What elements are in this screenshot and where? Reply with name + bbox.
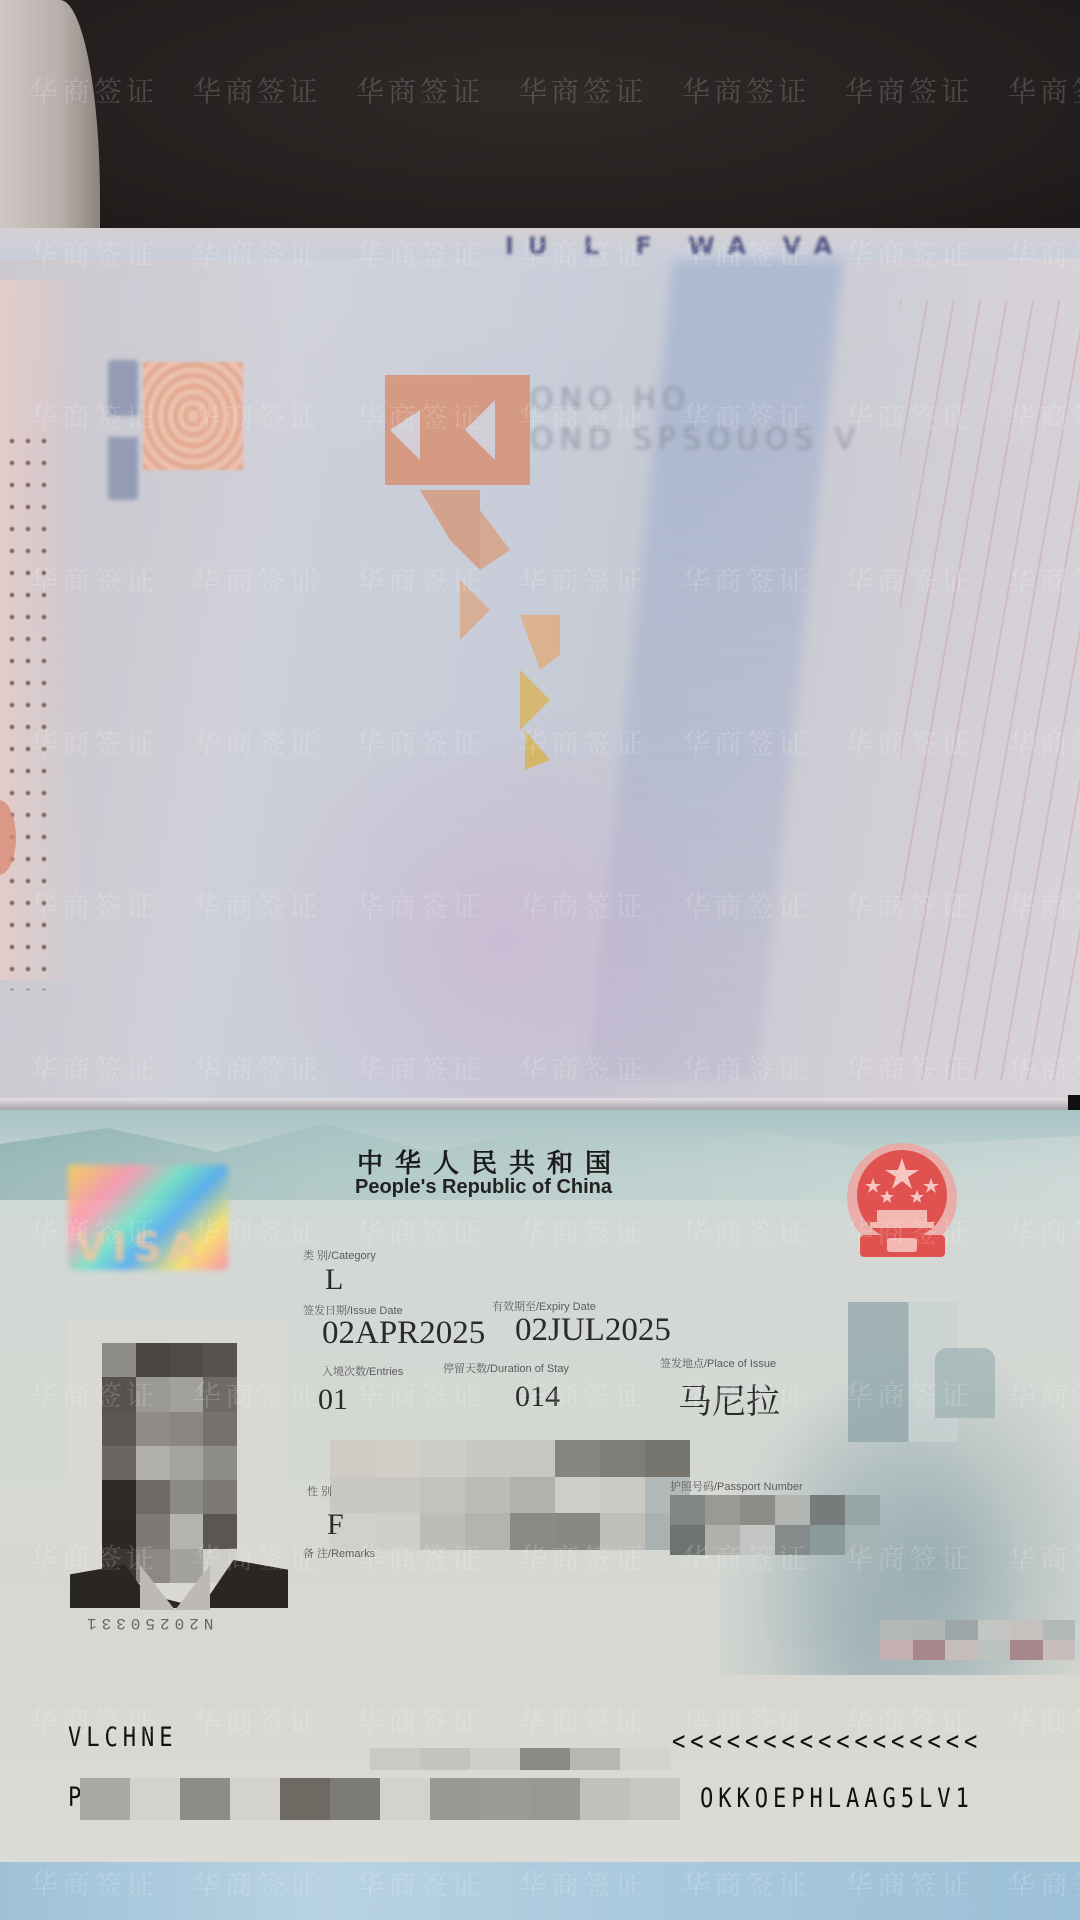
name-redacted	[330, 1440, 690, 1550]
place-of-issue-label: 签发地点/Place of Issue	[660, 1355, 776, 1371]
mrz-line1-redacted	[370, 1748, 670, 1770]
entry-stamp: IU L F WA VA	[505, 232, 1005, 260]
ghost-print-text: ONO HO OND SPSOUOS V	[530, 380, 861, 460]
sex-label: 性 别	[307, 1483, 332, 1499]
mrz-zone	[0, 1675, 1080, 1875]
visa-hologram-text: VISA	[75, 1225, 225, 1271]
national-emblem-icon	[835, 1140, 970, 1270]
issue-date-value: 02APR2025	[322, 1315, 485, 1352]
security-lines	[900, 300, 1080, 1080]
lower-redaction	[880, 1620, 1075, 1660]
photo-number: N20250331	[82, 1614, 213, 1632]
mrz-line1-start: VLCHNE	[68, 1722, 178, 1753]
visa-title-english: People's Republic of China	[355, 1176, 612, 1199]
sex-value: F	[327, 1508, 344, 1542]
great-wall-tower-top	[935, 1348, 995, 1418]
passport-number-redacted	[670, 1495, 880, 1555]
mrz-line2-redacted	[80, 1778, 680, 1820]
place-of-issue-value: 马尼拉	[678, 1374, 780, 1423]
mrz-line1-filler: <<<<<<<<<<<<<<<<<	[672, 1726, 982, 1757]
hologram-square	[143, 362, 243, 470]
passport-number-label: 护照号码/Passport Number	[670, 1478, 803, 1494]
remarks-label: 备 注/Remarks	[303, 1545, 375, 1561]
perforation-dots	[4, 430, 58, 990]
mrz-line2-end: OKKOEPHLAAG5LV1	[700, 1783, 974, 1814]
entries-value: 01	[318, 1383, 348, 1417]
visa-title-chinese: 中华人民共和国	[357, 1143, 623, 1180]
expiry-date-value: 02JUL2025	[515, 1312, 671, 1349]
next-page-edge	[0, 1862, 1080, 1920]
background-fabric	[0, 0, 1080, 240]
category-value: L	[325, 1263, 343, 1297]
holder-photo-redacted	[102, 1343, 237, 1583]
category-label: 类 别/Category	[303, 1247, 376, 1263]
vertical-stamp	[108, 360, 138, 500]
duration-value: 014	[515, 1380, 560, 1414]
duration-label: 停留天数/Duration of Stay	[443, 1360, 569, 1376]
entries-label: 入境次数/Entries	[322, 1363, 403, 1379]
